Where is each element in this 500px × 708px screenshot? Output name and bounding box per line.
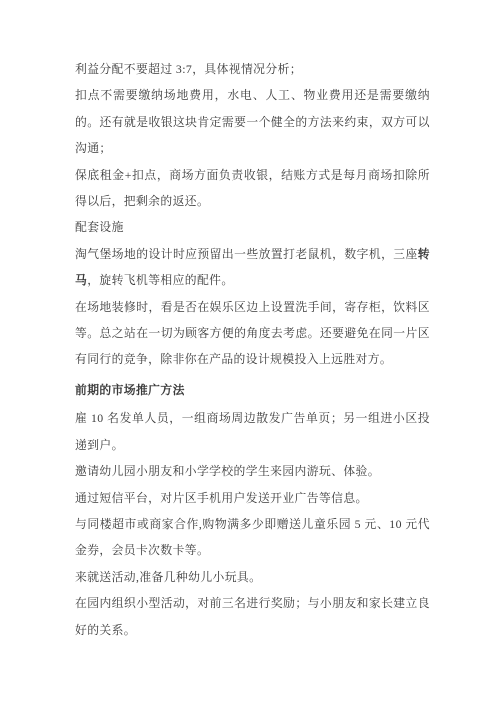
paragraph: 来就送活动,准备几种幼儿小玩具。 [75, 564, 430, 590]
paragraph: 淘气堡场地的设计时应预留出一些放置打老鼠机，数字机，三座转马，旋转飞机等相应的配… [75, 241, 430, 294]
paragraph: 邀请幼儿园小朋友和小学学校的学生来园内游玩、体验。 [75, 458, 430, 484]
document-body: 利益分配不要超过 3:7，具体视情况分析；扣点不需要缴纳场地费用，水电、人工、物… [75, 56, 430, 643]
paragraph: 在场地装修时，看是否在娱乐区边上设置洗手间，寄存柜，饮料区等。总之站在一切为顾客… [75, 294, 430, 373]
text-segment: ，旋转飞机等相应的配件。 [87, 273, 233, 287]
document-page: 利益分配不要超过 3:7，具体视情况分析；扣点不需要缴纳场地费用，水电、人工、物… [0, 0, 500, 708]
paragraph: 利益分配不要超过 3:7，具体视情况分析； [75, 56, 430, 82]
paragraph: 与同楼超市或商家合作,购物满多少即赠送儿童乐园 5 元、10 元代金券，会员卡次… [75, 511, 430, 564]
paragraph: 扣点不需要缴纳场地费用，水电、人工、物业费用还是需要缴纳的。还有就是收银这块肯定… [75, 82, 430, 161]
paragraph: 在园内组织小型活动，对前三名进行奖励；与小朋友和家长建立良好的关系。 [75, 590, 430, 643]
paragraph: 雇 10 名发单人员，一组商场周边散发广告单页；另一组进小区投递到户。 [75, 405, 430, 458]
section-subheading: 配套设施 [75, 214, 430, 240]
section-heading: 前期的市场推广方法 [75, 377, 430, 403]
paragraph: 保底租金+扣点，商场方面负责收银，结账方式是每月商场扣除所得以后，把剩余的返还。 [75, 162, 430, 215]
paragraph: 通过短信平台，对片区手机用户发送开业广告等信息。 [75, 485, 430, 511]
text-segment: 淘气堡场地的设计时应预留出一些放置打老鼠机，数字机，三座 [75, 247, 418, 261]
